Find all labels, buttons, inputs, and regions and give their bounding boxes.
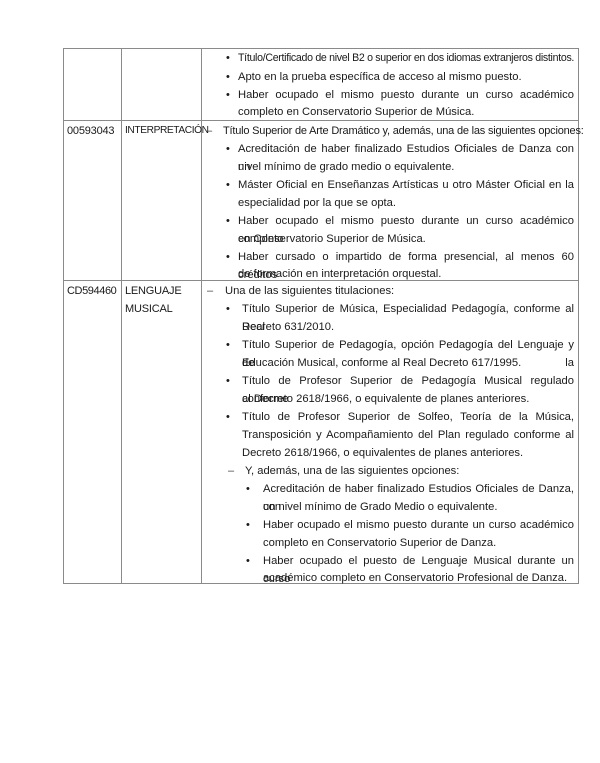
bullet-icon: • [226, 68, 230, 86]
list-item-continued: Decreto 2618/1966, o equivalentes de pla… [242, 444, 523, 462]
bullet-icon: • [246, 516, 250, 534]
list-item-continued: nivel mínimo de grado medio o equivalent… [238, 158, 454, 176]
table-row: • Título/Certificado de nivel B2 o super… [64, 49, 578, 121]
specialty-cell: LENGUAJE MUSICAL [122, 281, 202, 583]
code-cell: 00593043 [64, 121, 122, 280]
requirements-cell: – Título Superior de Arte Dramático y, a… [202, 121, 578, 280]
requirements-cell: – Una de las siguientes titulaciones: • … [202, 281, 578, 583]
list-item-continued: académico completo en Conservatorio Prof… [263, 569, 567, 587]
specialty-code: CD594460 [67, 282, 116, 300]
list-item-continued: Transposición y Acompañamiento del Plan … [242, 426, 574, 444]
list-item: Haber ocupado el mismo puesto durante un… [238, 86, 574, 104]
list-item: Haber ocupado el mismo puesto durante un… [263, 516, 574, 534]
specialty-name-line1: LENGUAJE [125, 282, 181, 300]
specialty-code: 00593043 [67, 122, 114, 140]
list-item-continued: Educación Musical, conforme al Real Decr… [242, 354, 521, 372]
code-cell: CD594460 [64, 281, 122, 583]
table-row: 00593043 INTERPRETACIÓN – Título Superio… [64, 121, 578, 281]
list-item: Título de Profesor Superior de Solfeo, T… [242, 408, 574, 426]
bullet-icon: • [226, 212, 230, 230]
list-item-continued: al Decreto 2618/1966, o equivalente de p… [242, 390, 529, 408]
bullet-icon: • [226, 49, 230, 67]
bullet-icon: • [226, 336, 230, 354]
list-item-continued: en Conservatorio Superior de Música. [238, 230, 426, 248]
bullet-icon: • [226, 176, 230, 194]
bullet-icon: • [226, 372, 230, 390]
requirement-intro: Una de las siguientes titulaciones: [225, 282, 394, 300]
bullet-icon: • [226, 86, 230, 104]
list-item: Máster Oficial en Enseñanzas Artísticas … [238, 176, 574, 194]
bullet-icon: • [246, 552, 250, 570]
requirements-cell: • Título/Certificado de nivel B2 o super… [202, 49, 578, 120]
list-item: Apto en la prueba específica de acceso a… [238, 68, 522, 86]
dash-icon: – [207, 282, 213, 300]
dash-icon: – [228, 462, 234, 480]
bullet-icon: • [226, 408, 230, 426]
requirements-table: • Título/Certificado de nivel B2 o super… [63, 48, 579, 584]
list-item-continued: especialidad por la que se opta. [238, 194, 396, 212]
specialty-cell [122, 49, 202, 120]
list-item-continued: completo en Conservatorio Superior de Mú… [238, 103, 474, 121]
table-row: CD594460 LENGUAJE MUSICAL – Una de las s… [64, 281, 578, 583]
list-item-continued: completo en Conservatorio Superior de Da… [263, 534, 496, 552]
bullet-icon: • [226, 140, 230, 158]
code-cell [64, 49, 122, 120]
requirement-intro: Título Superior de Arte Dramático y, ade… [223, 122, 584, 140]
list-item-continued: un nivel mínimo de Grado Medio o equival… [263, 498, 497, 516]
bullet-icon: • [226, 248, 230, 266]
requirement-intro-2: Y, además, una de las siguientes opcione… [245, 462, 459, 480]
list-item: Título/Certificado de nivel B2 o superio… [238, 49, 574, 67]
list-item-continued: Decreto 631/2010. [242, 318, 334, 336]
dash-icon: – [206, 122, 212, 140]
bullet-icon: • [246, 480, 250, 498]
specialty-name-line2: MUSICAL [125, 300, 173, 318]
specialty-cell: INTERPRETACIÓN [122, 121, 202, 280]
specialty-name: INTERPRETACIÓN [125, 122, 209, 140]
bullet-icon: • [226, 300, 230, 318]
